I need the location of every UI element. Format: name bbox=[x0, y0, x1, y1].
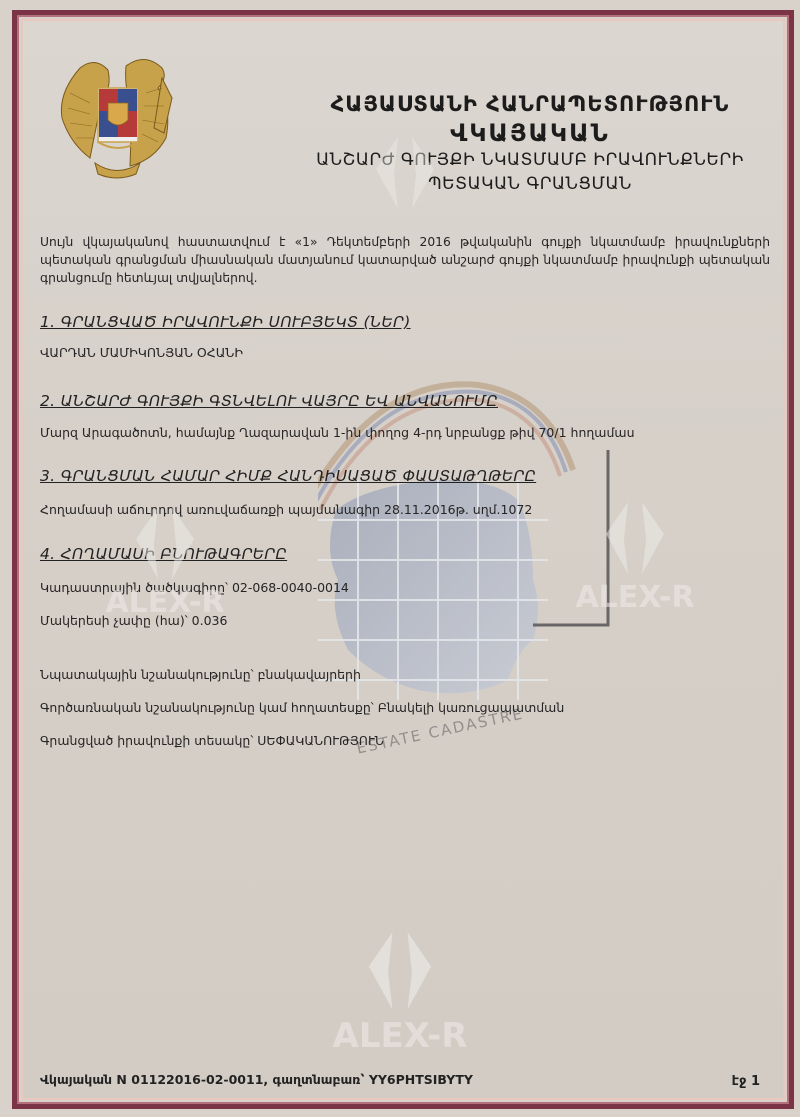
certificate-header: ՀԱՅԱՍՏԱՆԻ ՀԱՆՐԱՊԵՏՈՒԹՅՈՒՆ ՎԿԱՅԱԿԱՆ ԱՆՇԱՐ… bbox=[270, 90, 790, 196]
brand-watermark-bottom: ALEX-R bbox=[300, 930, 500, 1056]
certificate-subtitle-line1: ԱՆՇԱՐԺ ԳՈՒՅՔԻ ՆԿԱՏՄԱՄԲ ԻՐԱՎՈՒՆՔՆԵՐԻ bbox=[270, 148, 790, 172]
right-type: Գրանցված իրավունքի տեսակը՝ ՍԵՓԱԿԱՆՈՒԹՅՈՒ… bbox=[40, 733, 384, 748]
brand-watermark-right: ALEX-R bbox=[545, 500, 725, 615]
certificate-subtitle-line2: ՊԵՏԱԿԱՆ ԳՐԱՆՑՄԱՆ bbox=[270, 172, 790, 196]
brand-watermark-left-text: ALEX-R bbox=[75, 585, 255, 620]
certificate-number: Վկայական N 01122016-02-0011, գաղտնաբառ՝ … bbox=[40, 1072, 473, 1087]
certificate-title: ՎԿԱՅԱԿԱՆ bbox=[270, 118, 790, 148]
brand-watermark-bottom-text: ALEX-R bbox=[300, 1016, 500, 1056]
property-address: Մարզ Արագածոտն, համայնք Ղազարավան 1-ին փ… bbox=[40, 425, 635, 440]
brand-watermark-right-text: ALEX-R bbox=[545, 580, 725, 615]
functional-purpose: Գործառնական նշանակությունը կամ հողատեսքը… bbox=[40, 700, 564, 715]
coat-of-arms-icon bbox=[50, 48, 184, 184]
intro-paragraph: Սույն վկայականով հաստատվում է «1» Դեկտեմ… bbox=[40, 233, 770, 287]
brand-watermark-left: ALEX-R bbox=[75, 505, 255, 620]
brand-watermark-top bbox=[355, 135, 455, 215]
section-1-title: 1. ԳՐԱՆՑՎԱԾ ԻՐԱՎՈՒՆՔԻ ՍՈՒԲՅԵԿՏ (ՆԵՐ) bbox=[40, 313, 411, 331]
country-name: ՀԱՅԱՍՏԱՆԻ ՀԱՆՐԱՊԵՏՈՒԹՅՈՒՆ bbox=[270, 90, 790, 118]
page-number: էջ 1 bbox=[732, 1074, 760, 1089]
section-3-title: 3. ԳՐԱՆՑՄԱՆ ՀԱՄԱՐ ՀԻՄՔ ՀԱՆԴԻՍԱՑԱԾ ՓԱՍՏԱԹ… bbox=[40, 467, 536, 485]
designated-purpose: Նպատակային նշանակությունը՝ բնակավայրերի bbox=[40, 667, 361, 682]
owner-name: ՎԱՐԴԱՆ ՄԱՄԻԿՈՆՅԱՆ ՕՀԱՆԻ bbox=[40, 345, 243, 360]
section-2-title: 2. ԱՆՇԱՐԺ ԳՈՒՅՔԻ ԳՏՆՎԵԼՈՒ ՎԱՅՐԸ ԵՎ ԱՆՎԱՆ… bbox=[40, 392, 498, 410]
